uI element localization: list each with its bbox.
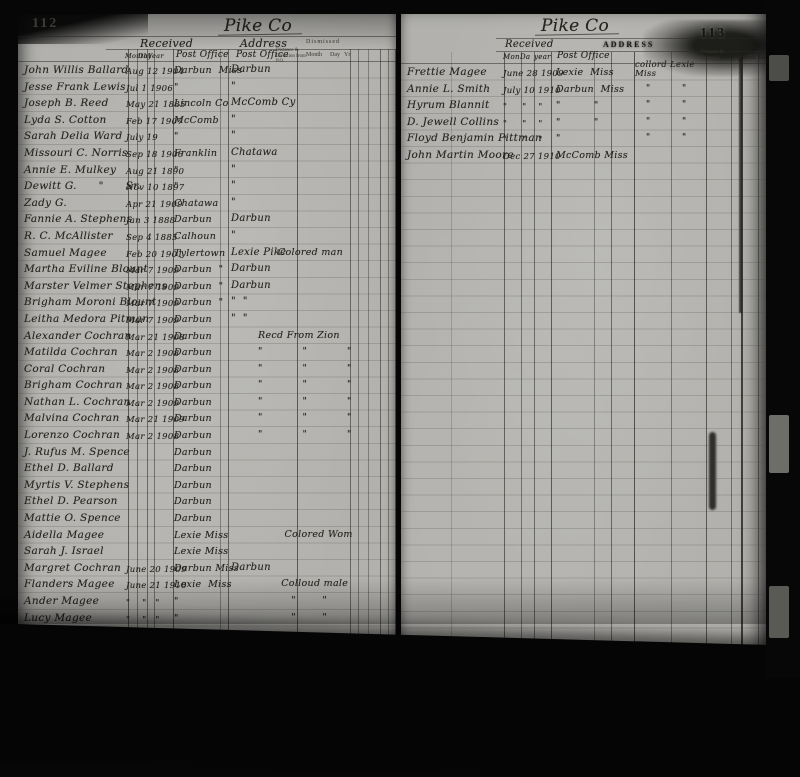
received-post-office: Darbun bbox=[174, 429, 248, 443]
address-post-office: " bbox=[231, 229, 321, 243]
received-post-office: McComb Miss bbox=[556, 149, 640, 163]
register-row: Nathan L. Cochran Mar 2 1909 Darbun " " … bbox=[18, 394, 396, 411]
register-row: Hyrum Blannit " " " " " " " bbox=[401, 97, 767, 114]
address-post-office: Darbun bbox=[231, 212, 321, 226]
received-post-office: Darbun bbox=[174, 512, 248, 526]
member-name: Lorenzo Cochran bbox=[24, 428, 142, 442]
column-rule bbox=[388, 49, 389, 656]
column-rule bbox=[758, 52, 759, 656]
county-title-left: Pike Co bbox=[224, 16, 292, 36]
register-row: Sarah Delia Ward July 19 " " bbox=[18, 128, 396, 145]
column-rule bbox=[368, 49, 369, 656]
member-name: Annie L. Smith bbox=[407, 82, 509, 96]
register-row: Fannie A. Stephens Jan 3 1888 Darbun Dar… bbox=[18, 211, 396, 228]
register-row: Coral Cochran Mar 2 1908 Darbun " " " bbox=[18, 361, 396, 378]
received-post-office: " bbox=[556, 132, 640, 146]
register-row: D. Jewell Collins " " " " " " " bbox=[401, 114, 767, 131]
row-note: collord Lexie Miss bbox=[635, 61, 697, 79]
address-post-office: " bbox=[231, 163, 321, 177]
address-post-office: Darbun bbox=[231, 63, 321, 77]
received-post-office: " " bbox=[556, 99, 640, 113]
register-row: Frettie Magee June 28 1909 Lexie Miss co… bbox=[401, 64, 767, 81]
header-col-mon: Mon bbox=[503, 53, 520, 61]
ledger-left-page: 112 Pike Co Received Address Dismissed M… bbox=[18, 14, 396, 656]
register-row: Sarah J. Israel Lexie Miss bbox=[18, 543, 396, 560]
row-note: " " bbox=[258, 611, 408, 625]
member-name: Aidella Magee bbox=[24, 528, 142, 542]
row-note: " " bbox=[258, 594, 408, 608]
member-name: J. Rufus M. Spence bbox=[24, 445, 142, 459]
member-name: Dewitt G. " Sr. bbox=[24, 179, 142, 193]
received-post-office: " bbox=[174, 595, 248, 609]
member-name: Margret Cochran bbox=[24, 561, 142, 575]
column-rule bbox=[634, 52, 635, 656]
received-post-office: Darbun Miss bbox=[556, 83, 640, 97]
column-rule bbox=[350, 49, 351, 656]
column-rule bbox=[228, 49, 229, 656]
address-post-office: Chatawa bbox=[231, 146, 321, 160]
received-post-office: Lexie Miss bbox=[174, 545, 248, 559]
member-name: D. Jewell Collins bbox=[407, 115, 509, 129]
row-note: Colored Wom bbox=[258, 528, 408, 542]
row-note: " " " bbox=[258, 395, 408, 409]
column-rule bbox=[128, 49, 129, 656]
register-row: Lorenzo Cochran Mar 2 1908 Darbun " " " bbox=[18, 427, 396, 444]
register-row: Zady G. Apr 21 1909 Chatawa " bbox=[18, 195, 396, 212]
member-name: Annie E. Mulkey bbox=[24, 163, 142, 177]
member-name: Fannie A. Stephens bbox=[24, 212, 142, 226]
register-row: John Martin Moore Dec 27 1910 McComb Mis… bbox=[401, 147, 767, 164]
column-rule bbox=[147, 49, 148, 656]
column-rule bbox=[731, 52, 732, 656]
received-post-office: Lexie Miss bbox=[556, 66, 640, 80]
member-name: Marster Velmer Stephens bbox=[24, 279, 142, 293]
address-post-office: Darbun bbox=[231, 262, 321, 276]
register-row: John Willis Ballard Aug 12 1904 Darbun M… bbox=[18, 62, 396, 79]
column-rule bbox=[741, 52, 743, 656]
header-col-year: year bbox=[534, 53, 551, 61]
register-row: Aidella Magee Lexie Miss Colored Wom bbox=[18, 527, 396, 544]
photo-artifact bbox=[769, 586, 789, 638]
member-name: John Martin Moore bbox=[407, 148, 509, 162]
column-rule bbox=[380, 49, 381, 656]
member-name: Brigham Moroni Blount bbox=[24, 295, 142, 309]
register-row: Annie L. Smith July 10 1910 Darbun Miss … bbox=[401, 81, 767, 98]
header-dismissed-group: Dismissed bbox=[306, 39, 340, 45]
column-rule bbox=[297, 49, 298, 656]
header-dis-day: Day bbox=[330, 52, 340, 58]
column-rule bbox=[611, 52, 612, 656]
address-post-office: " bbox=[231, 129, 321, 143]
received-post-office: " bbox=[174, 612, 248, 626]
column-rule bbox=[706, 52, 707, 656]
register-row: Marster Velmer Stephens Mar 7 1909 Darbu… bbox=[18, 278, 396, 295]
column-rule bbox=[137, 49, 138, 656]
received-post-office: Darbun bbox=[174, 462, 248, 476]
register-row: Annie E. Mulkey Aug 21 1890 " " bbox=[18, 162, 396, 179]
address-post-office: " " bbox=[231, 312, 321, 326]
column-rule bbox=[358, 49, 359, 656]
register-rows-right: Frettie Magee June 28 1909 Lexie Miss co… bbox=[401, 64, 767, 656]
register-row: Floyd Benjamin Pittman " " " " " " bbox=[401, 130, 767, 147]
register-row: Flanders Magee June 21 1910 Lexie Miss C… bbox=[18, 576, 396, 593]
address-post-office: " bbox=[231, 196, 321, 210]
member-name: Martha Eviline Blount bbox=[24, 262, 142, 276]
register-rows-left: John Willis Ballard Aug 12 1904 Darbun M… bbox=[18, 62, 396, 656]
member-name: Floyd Benjamin Pittman bbox=[407, 131, 509, 145]
column-rule bbox=[173, 49, 174, 656]
address-post-office: Darbun bbox=[231, 279, 321, 293]
received-post-office: Darbun bbox=[174, 396, 248, 410]
register-row: Ethel D. Pearson Darbun bbox=[18, 493, 396, 510]
member-name: Ethel D. Ballard bbox=[24, 461, 142, 475]
row-note: " " " bbox=[258, 428, 408, 442]
header-col-post-office: Post Office bbox=[557, 51, 610, 61]
register-row: Matilda Cochran Mar 2 1908 Darbun " " " bbox=[18, 344, 396, 361]
header-received-group: Received bbox=[505, 39, 554, 50]
member-name: Missouri C. Norris bbox=[24, 146, 142, 160]
column-rule bbox=[504, 52, 505, 656]
ledger-right-page: 113 Pike Co Received ADDRESS Mon Da year… bbox=[401, 14, 767, 656]
row-note: " " " bbox=[258, 378, 408, 392]
member-name: Flanders Magee bbox=[24, 577, 142, 591]
register-row: Jesse Frank Lewis Jul 1 1906 " " bbox=[18, 79, 396, 96]
register-row: Mattie O. Spence Darbun bbox=[18, 510, 396, 527]
member-name: R. C. McAllister bbox=[24, 229, 142, 243]
column-rule bbox=[594, 52, 595, 656]
register-row: Myrtis V. Stephens Darbun bbox=[18, 477, 396, 494]
header-rule bbox=[18, 36, 396, 37]
member-name: Frettie Magee bbox=[407, 65, 509, 79]
column-rule bbox=[451, 52, 452, 656]
member-name: Hyrum Blannit bbox=[407, 98, 509, 112]
member-name: Coral Cochran bbox=[24, 362, 142, 376]
member-name: Samuel Magee bbox=[24, 246, 142, 260]
address-post-office: " bbox=[231, 179, 321, 193]
column-rule bbox=[521, 52, 522, 656]
received-post-office: Darbun bbox=[174, 495, 248, 509]
received-post-office: Lexie Miss bbox=[174, 529, 248, 543]
column-rule bbox=[220, 49, 221, 656]
photo-right-edge bbox=[766, 0, 800, 678]
register-row: Dewitt G. " Sr. Nov 10 1897 " " bbox=[18, 178, 396, 195]
member-name: Myrtis V. Stephens bbox=[24, 478, 142, 492]
received-post-office: Darbun bbox=[174, 446, 248, 460]
address-post-office: " bbox=[231, 80, 321, 94]
column-rule bbox=[671, 52, 672, 656]
register-row: Malvina Cochran Mar 21 1909 Darbun " " " bbox=[18, 410, 396, 427]
register-row: Leitha Medora Pitman Mar 7 1909 Darbun "… bbox=[18, 311, 396, 328]
page-number-right: 113 bbox=[700, 26, 726, 42]
register-row: Ethel D. Ballard Darbun bbox=[18, 460, 396, 477]
address-post-office: " " bbox=[231, 295, 321, 309]
column-rule bbox=[395, 49, 396, 656]
received-post-office: Darbun bbox=[174, 346, 248, 360]
row-note: Colloud male bbox=[258, 577, 408, 591]
member-name: John Willis Ballard bbox=[24, 63, 142, 77]
member-name: Ethel D. Pearson bbox=[24, 494, 142, 508]
column-rule bbox=[154, 49, 155, 656]
header-col-year: Year bbox=[148, 52, 164, 60]
member-name: Zady G. bbox=[24, 196, 142, 210]
photo-artifact bbox=[769, 415, 789, 473]
address-post-office: Darbun bbox=[231, 561, 321, 575]
received-post-office: Lexie Miss bbox=[174, 578, 248, 592]
address-post-office: McComb Cy bbox=[231, 96, 321, 110]
member-name: Alexander Cochran bbox=[24, 329, 142, 343]
column-rule bbox=[551, 52, 552, 656]
received-post-office: Darbun bbox=[174, 330, 248, 344]
header-dis-month: Month bbox=[306, 52, 322, 58]
row-note: Recd From Zion bbox=[258, 329, 408, 343]
received-post-office: Darbun bbox=[174, 479, 248, 493]
received-post-office: " " bbox=[556, 116, 640, 130]
row-note: " " " bbox=[258, 411, 408, 425]
page-number-left: 112 bbox=[32, 16, 58, 32]
register-row: Martha Eviline Blount Mar 7 1909 Darbun … bbox=[18, 261, 396, 278]
member-name: Matilda Cochran bbox=[24, 345, 142, 359]
member-name: Sarah J. Israel bbox=[24, 544, 142, 558]
received-post-office: Darbun bbox=[174, 363, 248, 377]
register-row: Ander Magee " " " " " " bbox=[18, 593, 396, 610]
member-name: Lucy Magee bbox=[24, 611, 142, 625]
member-name: Joseph B. Reed bbox=[24, 96, 142, 110]
register-row: Brigham Cochran Mar 2 1908 Darbun " " " bbox=[18, 377, 396, 394]
county-title-right: Pike Co bbox=[541, 16, 609, 36]
register-row: Samuel Magee Feb 20 1901 Tylertown Lexie… bbox=[18, 245, 396, 262]
header-address-group: ADDRESS bbox=[603, 40, 654, 49]
column-rule bbox=[534, 52, 535, 656]
member-name: Lyda S. Cotton bbox=[24, 113, 142, 127]
ledger-photo: 112 Pike Co Received Address Dismissed M… bbox=[0, 0, 800, 678]
member-name: Sarah Delia Ward bbox=[24, 129, 142, 143]
row-note: Colored man bbox=[258, 246, 408, 260]
register-row: Joseph B. Reed May 21 1885 Lincoln Co Mc… bbox=[18, 95, 396, 112]
member-name: Malvina Cochran bbox=[24, 411, 142, 425]
member-name: Brigham Cochran bbox=[24, 378, 142, 392]
member-name: Leitha Medora Pitman bbox=[24, 312, 142, 326]
register-row: Brigham Moroni Blount Mar 7 1909 Darbun … bbox=[18, 294, 396, 311]
member-name: Jesse Frank Lewis bbox=[24, 80, 142, 94]
member-name: Ander Magee bbox=[24, 594, 142, 608]
photo-artifact bbox=[769, 55, 789, 81]
address-post-office: " bbox=[231, 113, 321, 127]
register-row: R. C. McAllister Sep 4 1885 Calhoun " bbox=[18, 228, 396, 245]
received-post-office: Darbun bbox=[174, 379, 248, 393]
received-post-office: Darbun bbox=[174, 412, 248, 426]
row-note: " " " bbox=[258, 345, 408, 359]
register-row: J. Rufus M. Spence Darbun bbox=[18, 444, 396, 461]
register-row: Lyda S. Cotton Feb 17 1907 McComb " bbox=[18, 112, 396, 129]
register-row: Alexander Cochran Mar 21 1908 Darbun Rec… bbox=[18, 328, 396, 345]
member-name: Nathan L. Cochran bbox=[24, 395, 142, 409]
register-row: Missouri C. Norris Sep 18 1906 Franklin … bbox=[18, 145, 396, 162]
member-name: Mattie O. Spence bbox=[24, 511, 142, 525]
register-row: Margret Cochran June 20 1909 Darbun Miss… bbox=[18, 560, 396, 577]
register-row: Lucy Magee " " " " " " bbox=[18, 610, 396, 627]
row-note: " " " bbox=[258, 362, 408, 376]
